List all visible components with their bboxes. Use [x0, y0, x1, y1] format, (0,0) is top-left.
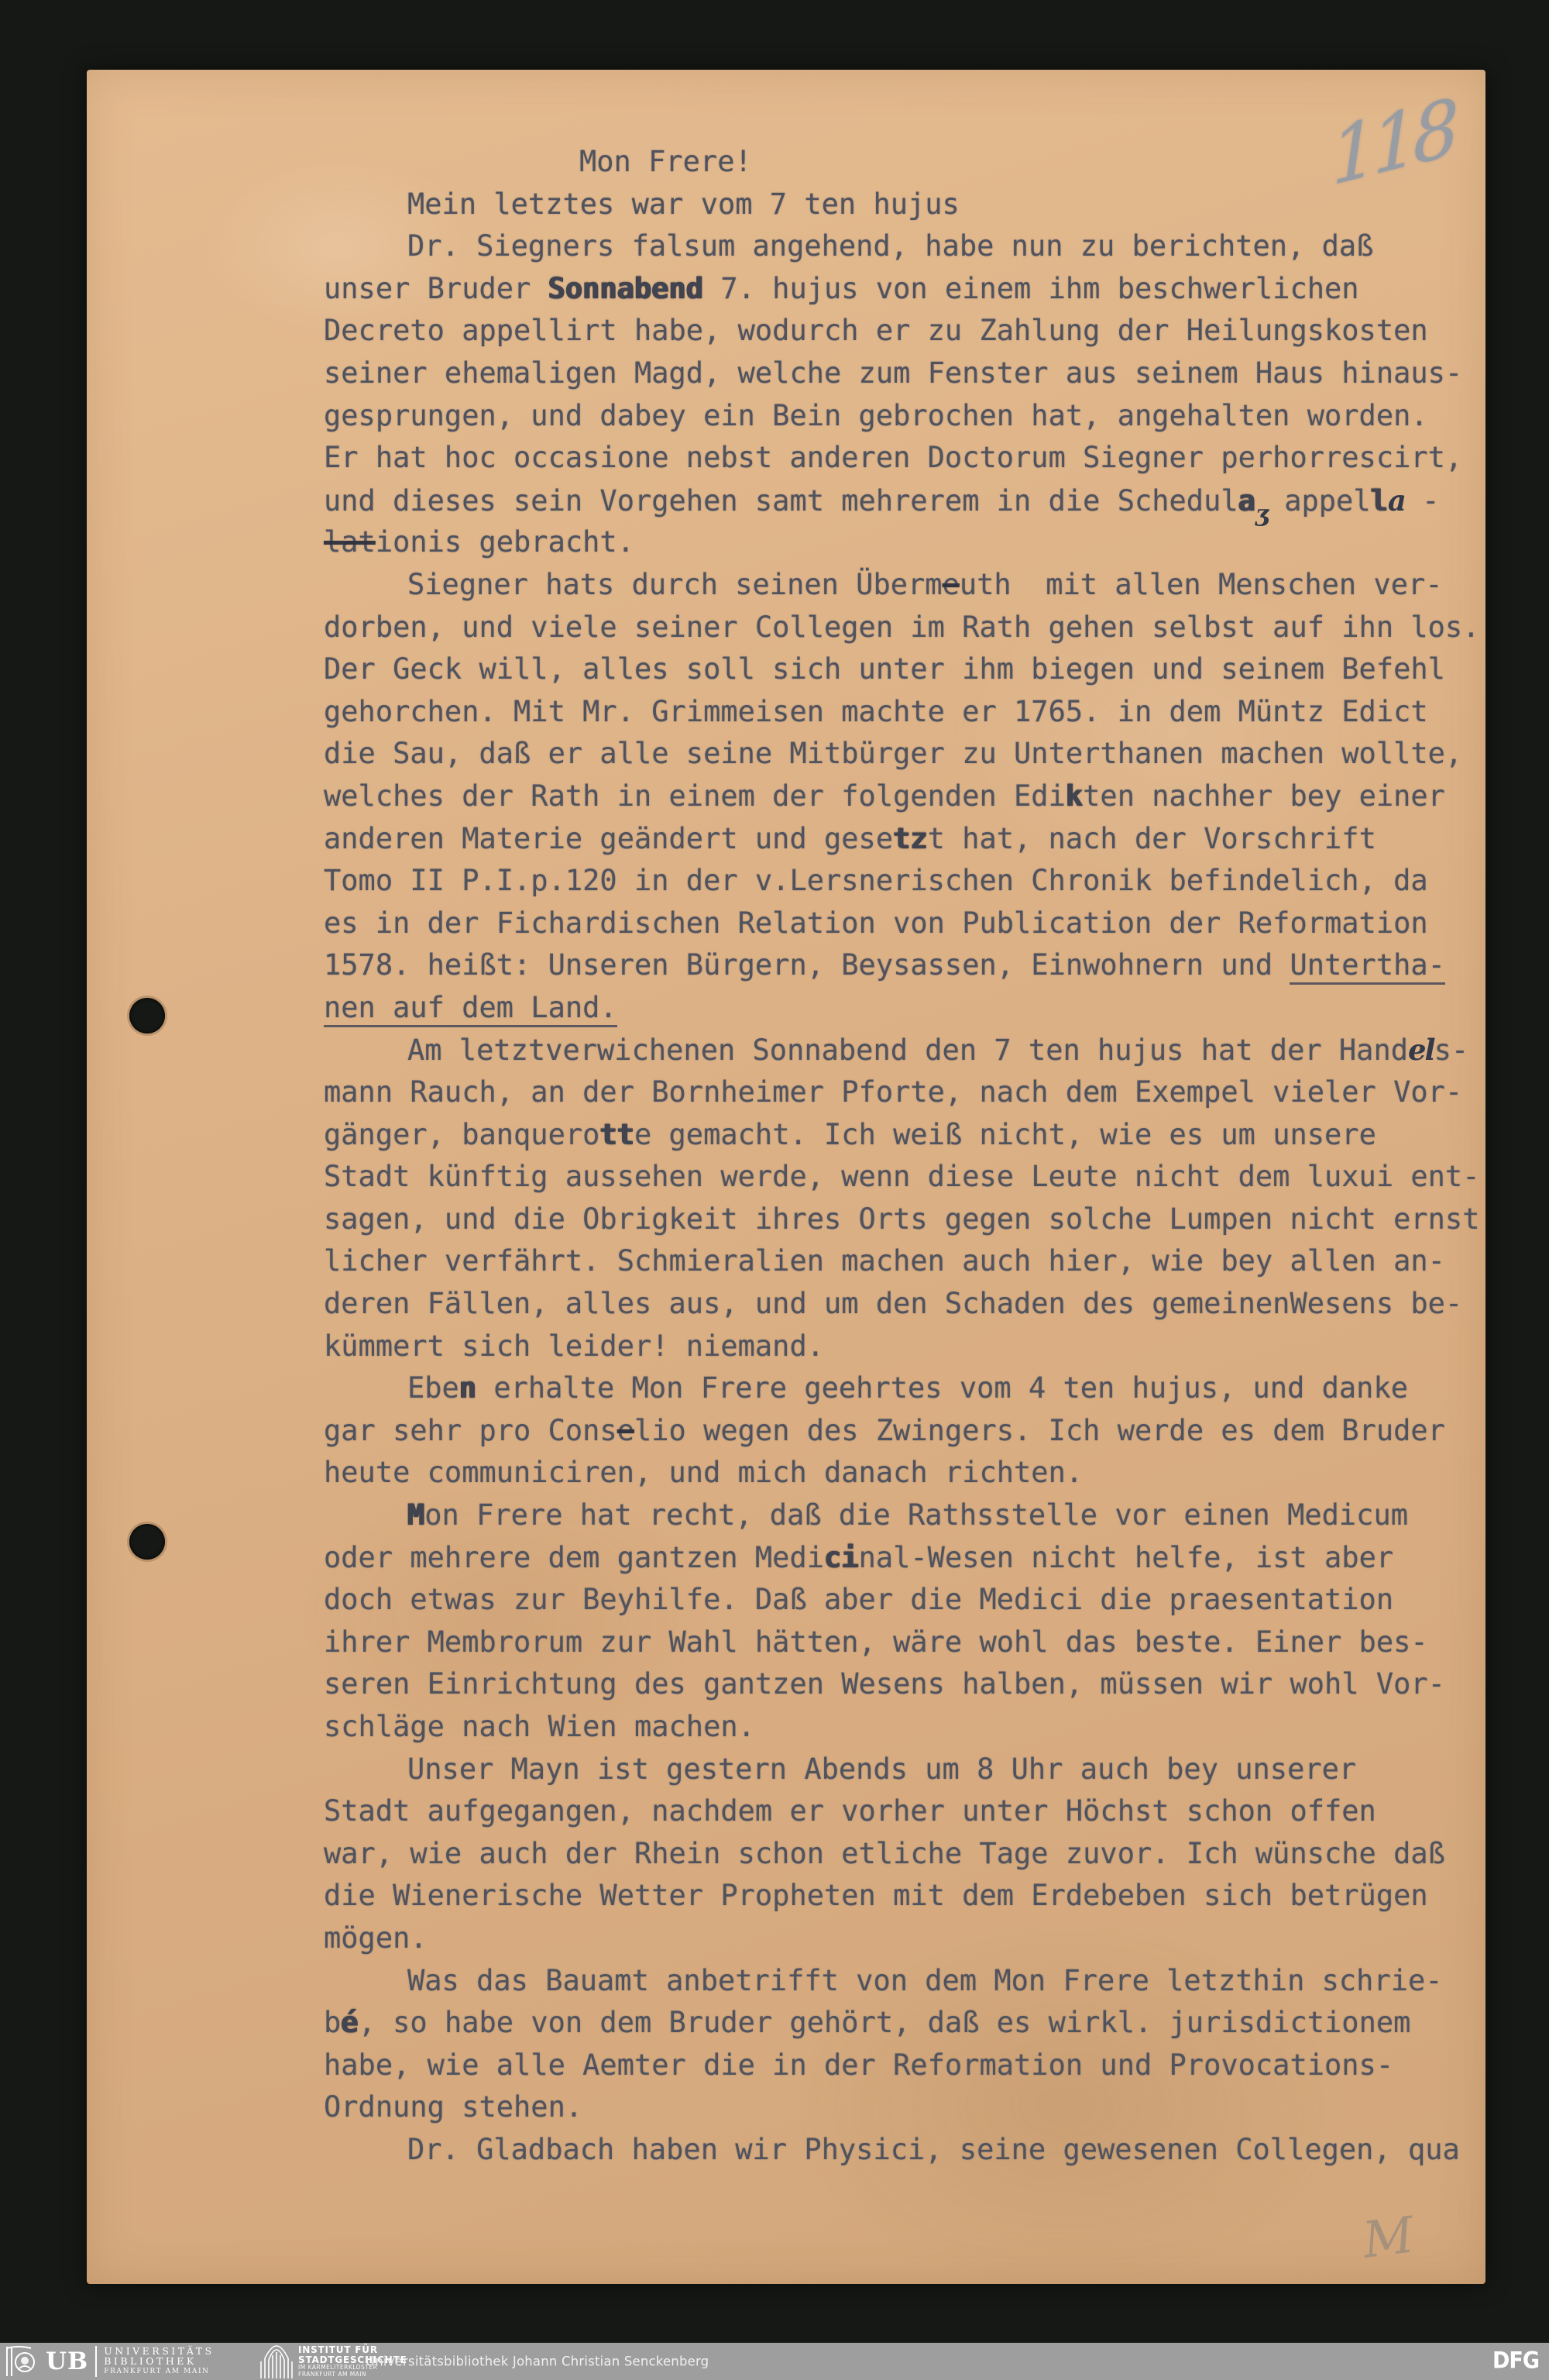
text-segment: é: [341, 2006, 358, 2039]
text-segment: Der Geck will, alles soll sich unter ihm…: [324, 652, 1445, 686]
letter-line: Decreto appellirt habe, wodurch er zu Za…: [324, 310, 1495, 353]
letter-line: anderen Materie geändert und gesetzt hat…: [324, 818, 1495, 861]
text-segment: ci: [824, 1541, 859, 1574]
text-segment: Stadt aufgegangen, nachdem er vorher unt…: [324, 1794, 1376, 1828]
text-segment: e: [617, 1414, 634, 1447]
text-segment: -: [1405, 484, 1440, 518]
text-segment: seiner ehemaligen Magd, welche zum Fenst…: [324, 356, 1462, 390]
text-segment: heute communiciren, und mich danach rich…: [324, 1456, 1083, 1489]
letter-line: gesprungen, und dabey ein Bein gebrochen…: [324, 395, 1495, 438]
letter-body: Mon Frere!Mein letztes war vom 7 ten huj…: [324, 141, 1495, 2172]
letter-line: gar sehr pro Conselio wegen des Zwingers…: [324, 1410, 1495, 1453]
text-segment: Untertha-: [1290, 948, 1444, 985]
text-segment: welches der Rath in einem der folgenden …: [324, 779, 1066, 813]
text-segment: e: [943, 568, 960, 601]
text-segment: n: [459, 1371, 476, 1405]
letter-line: unser Bruder Sonnabend 7. hujus von eine…: [324, 268, 1495, 311]
letter-line: sagen, und die Obrigkeit ihres Orts gege…: [324, 1199, 1495, 1241]
text-segment: dorben, und viele seiner Collegen im Rat…: [324, 610, 1479, 644]
text-segment: gar sehr pro Cons: [324, 1414, 617, 1447]
text-segment: uth mit allen Menschen ver-: [960, 568, 1443, 601]
text-segment: erhalte Mon Frere geehrtes vom 4 ten huj…: [476, 1371, 1408, 1405]
ub-line1: UNIVERSITÄTS: [104, 2346, 214, 2357]
text-segment: die Sau, daß er alle seine Mitbürger zu …: [324, 737, 1462, 770]
text-segment: sagen, und die Obrigkeit ihres Orts gege…: [324, 1202, 1479, 1236]
letter-line: Was das Bauamt anbetrifft von dem Mon Fr…: [324, 1960, 1495, 2003]
letter-line: Mon Frere!: [324, 141, 1495, 184]
letter-line: 1578. heißt: Unseren Bürgern, Beysassen,…: [324, 944, 1495, 987]
punch-hole-icon: [129, 998, 165, 1034]
letter-line: Stadt aufgegangen, nachdem er vorher unt…: [324, 1790, 1495, 1833]
letter-line: Mein letztes war vom 7 ten hujus: [324, 184, 1495, 226]
letter-line: heute communiciren, und mich danach rich…: [324, 1452, 1495, 1494]
letter-line: Siegner hats durch seinen Übermeuth mit …: [324, 564, 1495, 607]
text-segment: ihrer Membrorum zur Wahl hätten, wäre wo…: [324, 1625, 1428, 1659]
letter-line: habe, wie alle Aemter die in der Reforma…: [324, 2045, 1495, 2087]
text-segment: Tomo II P.I.p.120 in der v.Lersnerischen…: [324, 864, 1428, 897]
text-segment: Stadt künftig aussehen werde, wenn diese…: [324, 1160, 1479, 1193]
letter-line: welches der Rath in einem der folgenden …: [324, 776, 1495, 818]
letter-line: die Wienerische Wetter Propheten mit dem…: [324, 1875, 1495, 1917]
text-segment: on Frere hat recht, daß die Rathsstelle …: [424, 1498, 1408, 1532]
text-segment: nen auf dem Land.: [324, 991, 617, 1027]
text-segment: licher verfährt. Schmieralien machen auc…: [324, 1244, 1445, 1278]
text-segment: unser Bruder: [324, 272, 548, 305]
footer-bar: UB UNIVERSITÄTS BIBLIOTHEK FRANKFURT AM …: [0, 2343, 1549, 2380]
letter-line: kümmert sich leider! niemand.: [324, 1326, 1495, 1368]
text-segment: 1578. heißt: Unseren Bürgern, Beysassen,…: [324, 948, 1290, 982]
text-segment: lio wegen des Zwingers. Ich werde es dem…: [634, 1414, 1445, 1447]
text-segment: e gemacht. Ich weiß nicht, wie es um uns…: [634, 1118, 1376, 1151]
text-segment: Er hat hoc occasione nebst anderen Docto…: [324, 441, 1462, 474]
text-segment: Mon Frere!: [579, 145, 752, 178]
letter-line: Mon Frere hat recht, daß die Rathsstelle…: [324, 1494, 1495, 1537]
ub-logo-text: UNIVERSITÄTS BIBLIOTHEK FRANKFURT AM MAI…: [95, 2346, 214, 2378]
letter-line: Unser Mayn ist gestern Abends um 8 Uhr a…: [324, 1749, 1495, 1791]
text-segment: tt: [599, 1118, 634, 1151]
text-segment: b: [324, 2006, 341, 2039]
letter-line: Ordnung stehen.: [324, 2086, 1495, 2129]
text-segment: Unser Mayn ist gestern Abends um 8 Uhr a…: [407, 1752, 1356, 1786]
text-segment: mögen.: [324, 1921, 428, 1955]
institute-logo-icon: [260, 2344, 293, 2378]
letter-line: es in der Fichardischen Relation von Pub…: [324, 903, 1495, 945]
text-segment: , so habe von dem Bruder gehört, daß es …: [359, 2006, 1411, 2039]
ub-logo-icon: [5, 2345, 43, 2378]
ub-line3: FRANKFURT AM MAIN: [104, 2367, 214, 2378]
text-segment: habe, wie alle Aemter die in der Reforma…: [324, 2048, 1393, 2082]
text-segment: ʒ: [1255, 494, 1267, 536]
text-segment: Am letztverwichenen Sonnabend den 7 ten …: [407, 1034, 1408, 1067]
letter-line: licher verfährt. Schmieralien machen auc…: [324, 1240, 1495, 1283]
text-segment: anderen Materie geändert und gese: [324, 822, 893, 855]
letter-line: Tomo II P.I.p.120 in der v.Lersnerischen…: [324, 860, 1495, 903]
text-segment: tz: [893, 822, 928, 855]
library-name: Universitätsbibliothek Johann Christian …: [366, 2354, 709, 2369]
text-segment: Decreto appellirt habe, wodurch er zu Za…: [324, 314, 1428, 347]
letter-line: und dieses sein Vorgehen samt mehrerem i…: [324, 480, 1495, 522]
letter-line: Dr. Siegners falsum angehend, habe nun z…: [324, 225, 1495, 268]
text-segment: seren Einrichtung des gantzen Wesens hal…: [324, 1667, 1445, 1701]
pencil-corner-mark: M: [1360, 2206, 1417, 2269]
letter-line: Stadt künftig aussehen werde, wenn diese…: [324, 1156, 1495, 1199]
text-segment: die Wienerische Wetter Propheten mit dem…: [324, 1879, 1428, 1912]
ub-abbreviation: UB: [46, 2347, 88, 2375]
text-segment: doch etwas zur Beyhilfe. Daß aber die Me…: [324, 1583, 1393, 1616]
letter-line: Dr. Gladbach haben wir Physici, seine ge…: [324, 2129, 1495, 2172]
letter-line: mann Rauch, an der Bornheimer Pforte, na…: [324, 1071, 1495, 1114]
text-segment: Dr. Gladbach haben wir Physici, seine ge…: [407, 2133, 1460, 2166]
text-segment: 7. hujus von einem ihm beschwerlichen: [703, 272, 1358, 305]
letter-line: bé, so habe von dem Bruder gehört, daß e…: [324, 2002, 1495, 2045]
letter-line: dorben, und viele seiner Collegen im Rat…: [324, 607, 1495, 649]
letter-line: schläge nach Wien machen.: [324, 1706, 1495, 1749]
letter-line: seren Einrichtung des gantzen Wesens hal…: [324, 1663, 1495, 1706]
text-segment: appel: [1267, 484, 1371, 518]
letter-line: Eben erhalte Mon Frere geehrtes vom 4 te…: [324, 1367, 1495, 1410]
letter-line: doch etwas zur Beyhilfe. Daß aber die Me…: [324, 1579, 1495, 1622]
letter-line: nen auf dem Land.: [324, 987, 1495, 1030]
text-segment: Siegner hats durch seinen Überm: [407, 568, 943, 601]
text-segment: M: [407, 1498, 424, 1532]
text-segment: k: [1066, 779, 1083, 813]
ub-line2: BIBLIOTHEK: [104, 2356, 214, 2367]
ub-logo: UB UNIVERSITÄTS BIBLIOTHEK FRANKFURT AM …: [5, 2344, 215, 2378]
text-segment: es in der Fichardischen Relation von Pub…: [324, 906, 1428, 940]
letter-line: gänger, banquerotte gemacht. Ich weiß ni…: [324, 1114, 1495, 1157]
text-segment: lat: [324, 525, 376, 559]
text-segment: Was das Bauamt anbetrifft von dem Mon Fr…: [407, 1964, 1443, 1997]
letter-line: mögen.: [324, 1917, 1495, 1960]
text-segment: Mein letztes war vom 7 ten hujus: [407, 187, 960, 221]
text-segment: war, wie auch der Rhein schon etliche Ta…: [324, 1837, 1445, 1870]
letter-line: Der Geck will, alles soll sich unter ihm…: [324, 648, 1495, 691]
text-segment: und dieses sein Vorgehen samt mehrerem i…: [324, 484, 1238, 518]
text-segment: ten nachher bey einer: [1083, 779, 1445, 813]
scanned-letter-page: Mon Frere!Mein letztes war vom 7 ten huj…: [87, 70, 1485, 2284]
text-segment: gänger, banquero: [324, 1118, 599, 1151]
text-segment: oder mehrere dem gantzen Medi: [324, 1541, 824, 1574]
institute-line4: FRANKFURT AM MAIN: [298, 2371, 407, 2378]
text-segment: s-: [1434, 1034, 1469, 1067]
letter-line: Er hat hoc occasione nebst anderen Docto…: [324, 437, 1495, 480]
text-segment: kümmert sich leider! niemand.: [324, 1329, 824, 1363]
letter-line: war, wie auch der Rhein schon etliche Ta…: [324, 1833, 1495, 1876]
text-segment: deren Fällen, alles aus, und um den Scha…: [324, 1287, 1462, 1320]
text-segment: gehorchen. Mit Mr. Grimmeisen machte er …: [324, 695, 1428, 728]
text-segment: ionis gebracht.: [376, 525, 634, 559]
text-segment: Ordnung stehen.: [324, 2090, 582, 2124]
letter-line: seiner ehemaligen Magd, welche zum Fenst…: [324, 353, 1495, 395]
dfg-logo: DFG: [1492, 2348, 1539, 2374]
punch-hole-icon: [129, 1524, 165, 1560]
letter-line: gehorchen. Mit Mr. Grimmeisen machte er …: [324, 691, 1495, 734]
letter-line: lationis gebracht.: [324, 521, 1495, 564]
text-segment: Sonnabend: [548, 272, 703, 305]
text-segment: l: [1371, 484, 1388, 518]
text-segment: Ebe: [407, 1371, 459, 1405]
letter-line: deren Fällen, alles aus, und um den Scha…: [324, 1283, 1495, 1326]
letter-line: Am letztverwichenen Sonnabend den 7 ten …: [324, 1029, 1495, 1071]
text-segment: a: [1238, 484, 1255, 518]
text-segment: schläge nach Wien machen.: [324, 1710, 755, 1743]
text-segment: mann Rauch, an der Bornheimer Pforte, na…: [324, 1075, 1462, 1109]
text-segment: Dr. Siegners falsum angehend, habe nun z…: [407, 229, 1373, 263]
text-segment: t hat, nach der Vorschrift: [928, 822, 1376, 855]
text-segment: a: [1388, 483, 1405, 518]
text-segment: el: [1408, 1033, 1434, 1067]
text-segment: gesprungen, und dabey ein Bein gebrochen…: [324, 399, 1428, 432]
letter-line: oder mehrere dem gantzen Medicinal-Wesen…: [324, 1537, 1495, 1580]
text-segment: nal-Wesen nicht helfe, ist aber: [859, 1541, 1394, 1574]
letter-line: die Sau, daß er alle seine Mitbürger zu …: [324, 733, 1495, 776]
letter-line: ihrer Membrorum zur Wahl hätten, wäre wo…: [324, 1622, 1495, 1664]
